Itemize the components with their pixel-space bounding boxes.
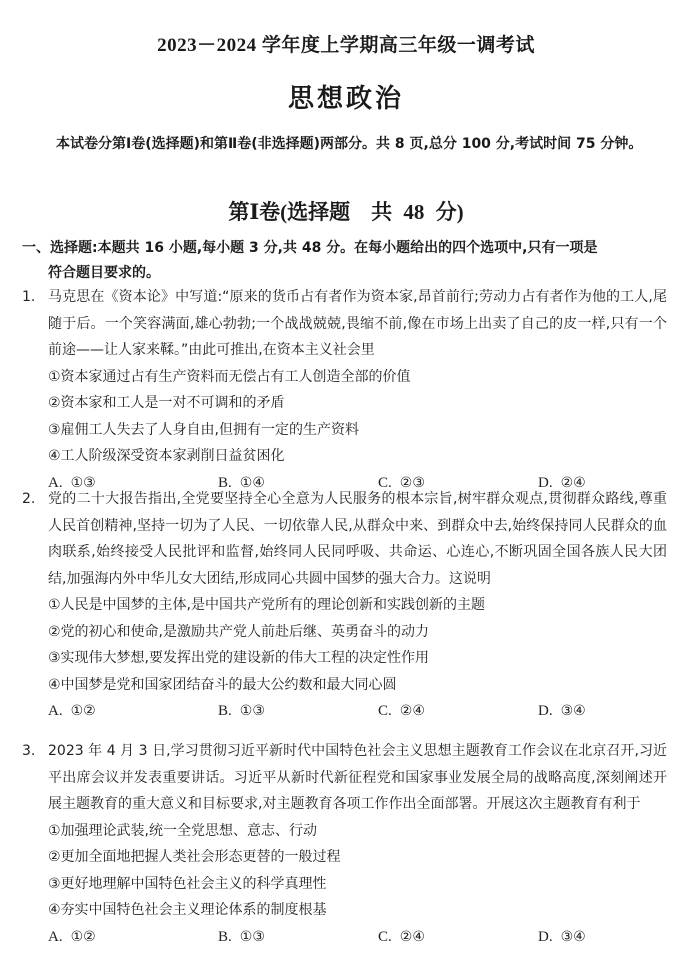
statement-2: ②党的初心和使命,是激励共产党人前赴后继、英勇奋斗的动力 [22, 619, 667, 646]
statement-2: ②更加全面地把握人类社会形态更替的一般过程 [22, 844, 667, 871]
option-d[interactable]: D.③④ [538, 698, 586, 725]
option-b[interactable]: B.①③ [218, 698, 265, 725]
section-heading: 一、选择题:本题共 16 小题,每小题 3 分,共 48 分。在每小题给出的四个… [22, 236, 667, 286]
question-stem: 1. 马克思在《资本论》中写道:“原来的货币占有者作为资本家,昂首前行;劳动力占… [22, 284, 667, 364]
statement-1: ①加强理论武装,统一全党思想、意志、行动 [22, 818, 667, 845]
exam-instructions: 本试卷分第Ⅰ卷(选择题)和第Ⅱ卷(非选择题)两部分。共 8 页,总分 100 分… [28, 132, 668, 156]
question-stem: 3. 2023 年 4 月 3 日,学习贯彻习近平新时代中国特色社会主义思想主题… [22, 738, 667, 818]
statement-3: ③雇佣工人失去了人身自由,但拥有一定的生产资料 [22, 417, 667, 444]
statement-3: ③实现伟大梦想,要发挥出党的建设新的伟大工程的决定性作用 [22, 645, 667, 672]
subject-title: 思想政治 [0, 78, 692, 115]
statement-2: ②资本家和工人是一对不可调和的矛盾 [22, 390, 667, 417]
question-stem: 2. 党的二十大报告指出,全党要坚持全心全意为人民服务的根本宗旨,树牢群众观点,… [22, 486, 667, 592]
question-1: 1. 马克思在《资本论》中写道:“原来的货币占有者作为资本家,昂首前行;劳动力占… [22, 284, 667, 496]
question-3: 3. 2023 年 4 月 3 日,学习贯彻习近平新时代中国特色社会主义思想主题… [22, 738, 667, 950]
option-c[interactable]: C.②④ [378, 924, 425, 951]
statement-3: ③更好地理解中国特色社会主义的科学真理性 [22, 871, 667, 898]
option-c[interactable]: C.②④ [378, 698, 425, 725]
question-number: 2. [22, 486, 35, 513]
section-heading-line2: 符合题目要求的。 [22, 261, 667, 286]
question-text: 党的二十大报告指出,全党要坚持全心全意为人民服务的根本宗旨,树牢群众观点,贯彻群… [48, 491, 667, 587]
question-2: 2. 党的二十大报告指出,全党要坚持全心全意为人民服务的根本宗旨,树牢群众观点,… [22, 486, 667, 725]
question-number: 3. [22, 738, 35, 765]
option-b[interactable]: B.①③ [218, 924, 265, 951]
statement-1: ①人民是中国梦的主体,是中国共产党所有的理论创新和实践创新的主题 [22, 592, 667, 619]
statement-4: ④夯实中国特色社会主义理论体系的制度根基 [22, 897, 667, 924]
statement-4: ④工人阶级深受资本家剥削日益贫困化 [22, 443, 667, 470]
exam-page: 2023－2024 学年度上学期高三年级一调考试 思想政治 本试卷分第Ⅰ卷(选择… [0, 0, 692, 964]
exam-title: 2023－2024 学年度上学期高三年级一调考试 [0, 30, 692, 57]
statement-1: ①资本家通过占有生产资料而无偿占有工人创造全部的价值 [22, 364, 667, 391]
answer-options: A.①② B.①③ C.②④ D.③④ [22, 698, 667, 725]
part-title: 第Ⅰ卷(选择题 共 48 分) [0, 196, 692, 226]
question-text: 2023 年 4 月 3 日,学习贯彻习近平新时代中国特色社会主义思想主题教育工… [48, 743, 667, 812]
option-a[interactable]: A.①② [48, 698, 96, 725]
section-heading-line1: 一、选择题:本题共 16 小题,每小题 3 分,共 48 分。在每小题给出的四个… [22, 240, 598, 256]
answer-options: A.①② B.①③ C.②④ D.③④ [22, 924, 667, 951]
question-text: 马克思在《资本论》中写道:“原来的货币占有者作为资本家,昂首前行;劳动力占有者作… [48, 289, 667, 358]
option-d[interactable]: D.③④ [538, 924, 586, 951]
statement-4: ④中国梦是党和国家团结奋斗的最大公约数和最大同心圆 [22, 672, 667, 699]
question-number: 1. [22, 284, 35, 311]
option-a[interactable]: A.①② [48, 924, 96, 951]
